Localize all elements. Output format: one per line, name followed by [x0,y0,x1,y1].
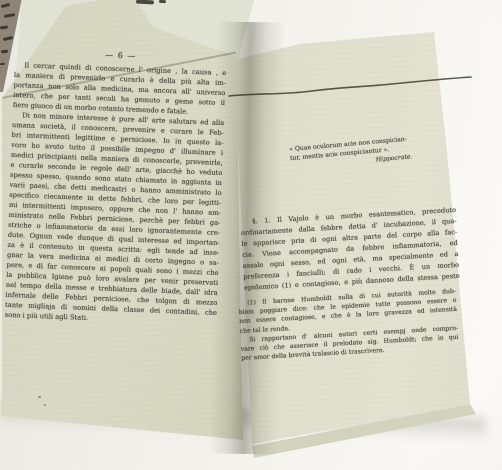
book-photo: — 6 — Il cercar quindi di conoscerne l' … [0,0,502,470]
paper-speck [44,404,46,406]
paper-speck [38,396,41,398]
left-page-text: — 6 — Il cercar quindi di conoscerne l' … [5,47,227,328]
gutter-shadow [209,21,285,454]
page-edge-mark [159,0,166,3]
left-paragraph-1: Il cercar quindi di conoscerne l' origin… [13,60,227,118]
left-paragraph-2: Di non minore interesse è pure all' arte… [5,110,225,328]
